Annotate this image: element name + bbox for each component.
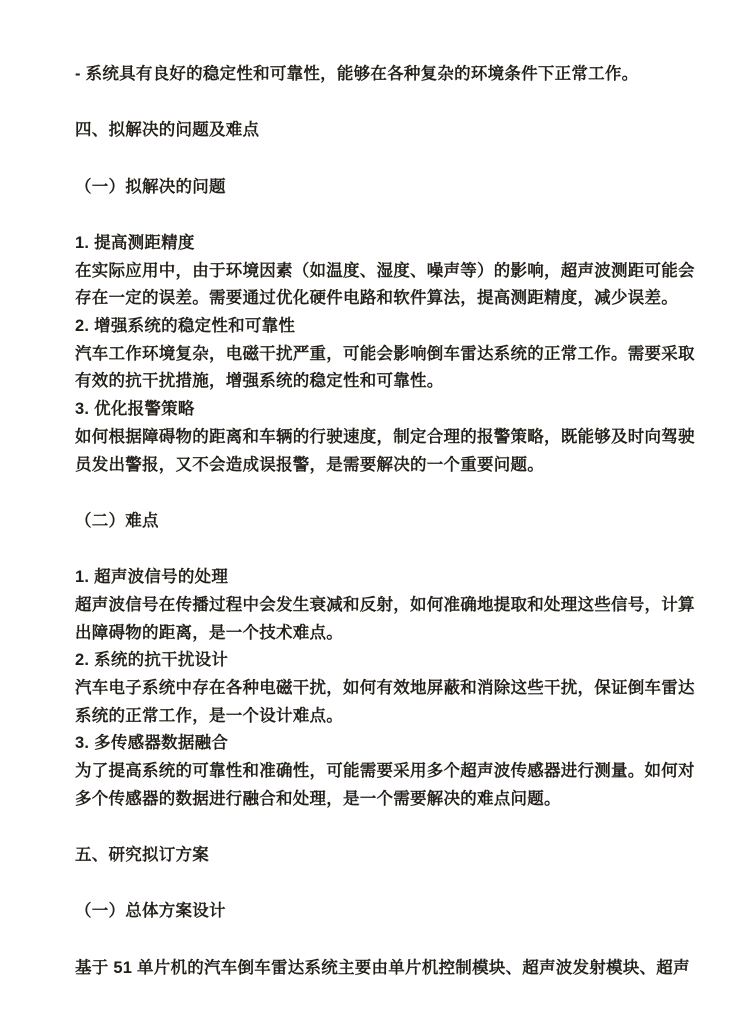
text-line: 如何根据障碍物的距离和车辆的行驶速度，制定合理的报警策略，既能够及时向驾驶: [75, 424, 700, 452]
text-line: 为了提高系统的可靠性和准确性，可能需要采用多个超声波传感器进行测量。如何对: [75, 758, 700, 786]
paragraph: - 系统具有良好的稳定性和可靠性，能够在各种复杂的环境条件下正常工作。: [75, 61, 700, 89]
text-line: （二）难点: [75, 508, 700, 536]
text-line: 基于 51 单片机的汽车倒车雷达系统主要由单片机控制模块、超声波发射模块、超声: [75, 955, 700, 983]
text-line: 2. 系统的抗干扰设计: [75, 647, 700, 675]
text-line: 1. 提高测距精度: [75, 230, 700, 258]
text-line: 在实际应用中，由于环境因素（如温度、湿度、噪声等）的影响，超声波测距可能会: [75, 258, 700, 286]
text-line: 3. 优化报警策略: [75, 396, 700, 424]
text-line: 1. 超声波信号的处理: [75, 564, 700, 592]
section-heading: 四、拟解决的问题及难点: [75, 117, 700, 145]
section-heading: （一）总体方案设计: [75, 898, 700, 926]
paragraph: 1. 超声波信号的处理超声波信号在传播过程中会发生衰减和反射，如何准确地提取和处…: [75, 564, 700, 813]
document-page: - 系统具有良好的稳定性和可靠性，能够在各种复杂的环境条件下正常工作。四、拟解决…: [0, 0, 750, 1031]
text-line: 汽车电子系统中存在各种电磁干扰，如何有效地屏蔽和消除这些干扰，保证倒车雷达: [75, 675, 700, 703]
document-content: - 系统具有良好的稳定性和可靠性，能够在各种复杂的环境条件下正常工作。四、拟解决…: [0, 0, 750, 982]
text-line: - 系统具有良好的稳定性和可靠性，能够在各种复杂的环境条件下正常工作。: [75, 61, 700, 89]
text-line: 2. 增强系统的稳定性和可靠性: [75, 313, 700, 341]
paragraph: 基于 51 单片机的汽车倒车雷达系统主要由单片机控制模块、超声波发射模块、超声: [75, 955, 700, 983]
text-line: 汽车工作环境复杂，电磁干扰严重，可能会影响倒车雷达系统的正常工作。需要采取: [75, 341, 700, 369]
text-line: 五、研究拟订方案: [75, 842, 700, 870]
text-line: 3. 多传感器数据融合: [75, 730, 700, 758]
text-line: 系统的正常工作，是一个设计难点。: [75, 703, 700, 731]
text-line: 有效的抗干扰措施，增强系统的稳定性和可靠性。: [75, 368, 700, 396]
paragraph: 1. 提高测距精度在实际应用中，由于环境因素（如温度、湿度、噪声等）的影响，超声…: [75, 230, 700, 479]
text-line: 出障碍物的距离，是一个技术难点。: [75, 620, 700, 648]
text-line: （一）拟解决的问题: [75, 174, 700, 202]
text-line: 超声波信号在传播过程中会发生衰减和反射，如何准确地提取和处理这些信号，计算: [75, 592, 700, 620]
text-line: 多个传感器的数据进行融合和处理，是一个需要解决的难点问题。: [75, 786, 700, 814]
section-heading: （一）拟解决的问题: [75, 174, 700, 202]
text-line: 四、拟解决的问题及难点: [75, 117, 700, 145]
text-line: 存在一定的误差。需要通过优化硬件电路和软件算法，提高测距精度，减少误差。: [75, 285, 700, 313]
text-line: 员发出警报，又不会造成误报警，是需要解决的一个重要问题。: [75, 452, 700, 480]
text-line: （一）总体方案设计: [75, 898, 700, 926]
section-heading: 五、研究拟订方案: [75, 842, 700, 870]
section-heading: （二）难点: [75, 508, 700, 536]
